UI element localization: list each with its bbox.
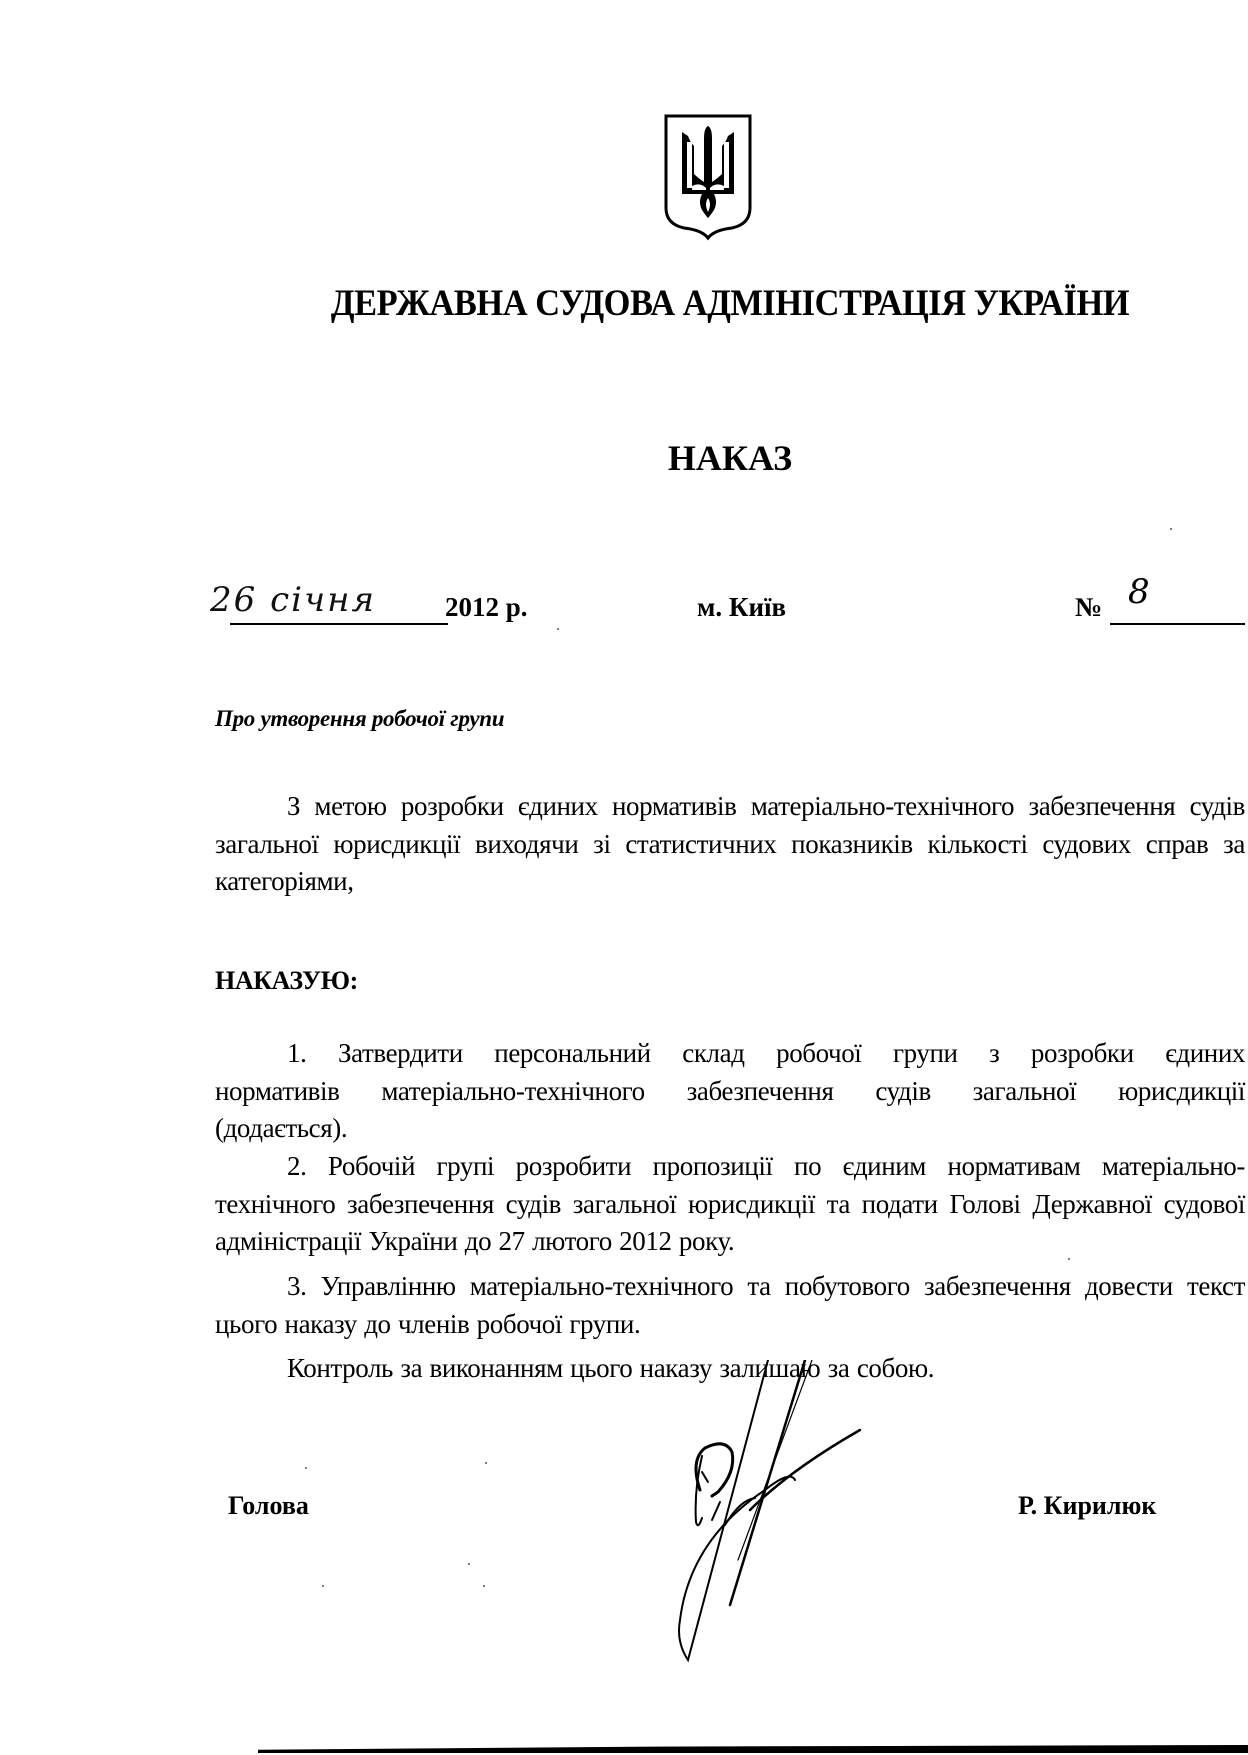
city: м. Київ xyxy=(697,592,786,623)
document-type-heading: НАКАЗ xyxy=(0,437,1248,479)
date-underline xyxy=(230,623,448,625)
scan-speck xyxy=(557,628,559,630)
preamble-paragraph: З метою розробки єдиних нормативів матер… xyxy=(215,788,1245,901)
coat-of-arms-icon xyxy=(662,112,754,242)
order-item-2: 2. Робочій групі розробити пропозиції по… xyxy=(215,1148,1245,1261)
number-underline xyxy=(1110,623,1245,625)
signer-name: Р. Кирилюк xyxy=(1018,1491,1156,1521)
signature-icon xyxy=(590,1360,970,1680)
scan-speck xyxy=(322,1585,324,1587)
scan-speck xyxy=(305,1467,307,1469)
scan-speck xyxy=(1068,1258,1070,1260)
organization-title: ДЕРЖАВНА СУДОВА АДМІНІСТРАЦІЯ УКРАЇНИ xyxy=(284,282,1177,325)
scan-speck xyxy=(468,1563,470,1565)
scan-speck xyxy=(1170,528,1172,530)
scan-speck xyxy=(485,1462,487,1464)
order-word: НАКАЗУЮ: xyxy=(215,962,1245,1000)
handwritten-number: 8 xyxy=(1128,572,1150,612)
page-bottom-edge xyxy=(258,1745,1248,1753)
scan-speck xyxy=(483,1585,485,1587)
date-number-row: 26 січня 2012 р. м. Київ № 8 xyxy=(210,580,1248,630)
handwritten-date: 26 січня xyxy=(210,580,376,620)
order-item-3: 3. Управлінню матеріально-технічного та … xyxy=(215,1268,1245,1343)
signer-position: Голова xyxy=(228,1491,309,1521)
number-label: № xyxy=(1075,592,1102,623)
date-year: 2012 р. xyxy=(445,592,528,623)
document-subject: Про утворення робочої групи xyxy=(215,706,504,732)
order-item-1: 1. Затвердити персональний склад робочої… xyxy=(215,1035,1245,1148)
